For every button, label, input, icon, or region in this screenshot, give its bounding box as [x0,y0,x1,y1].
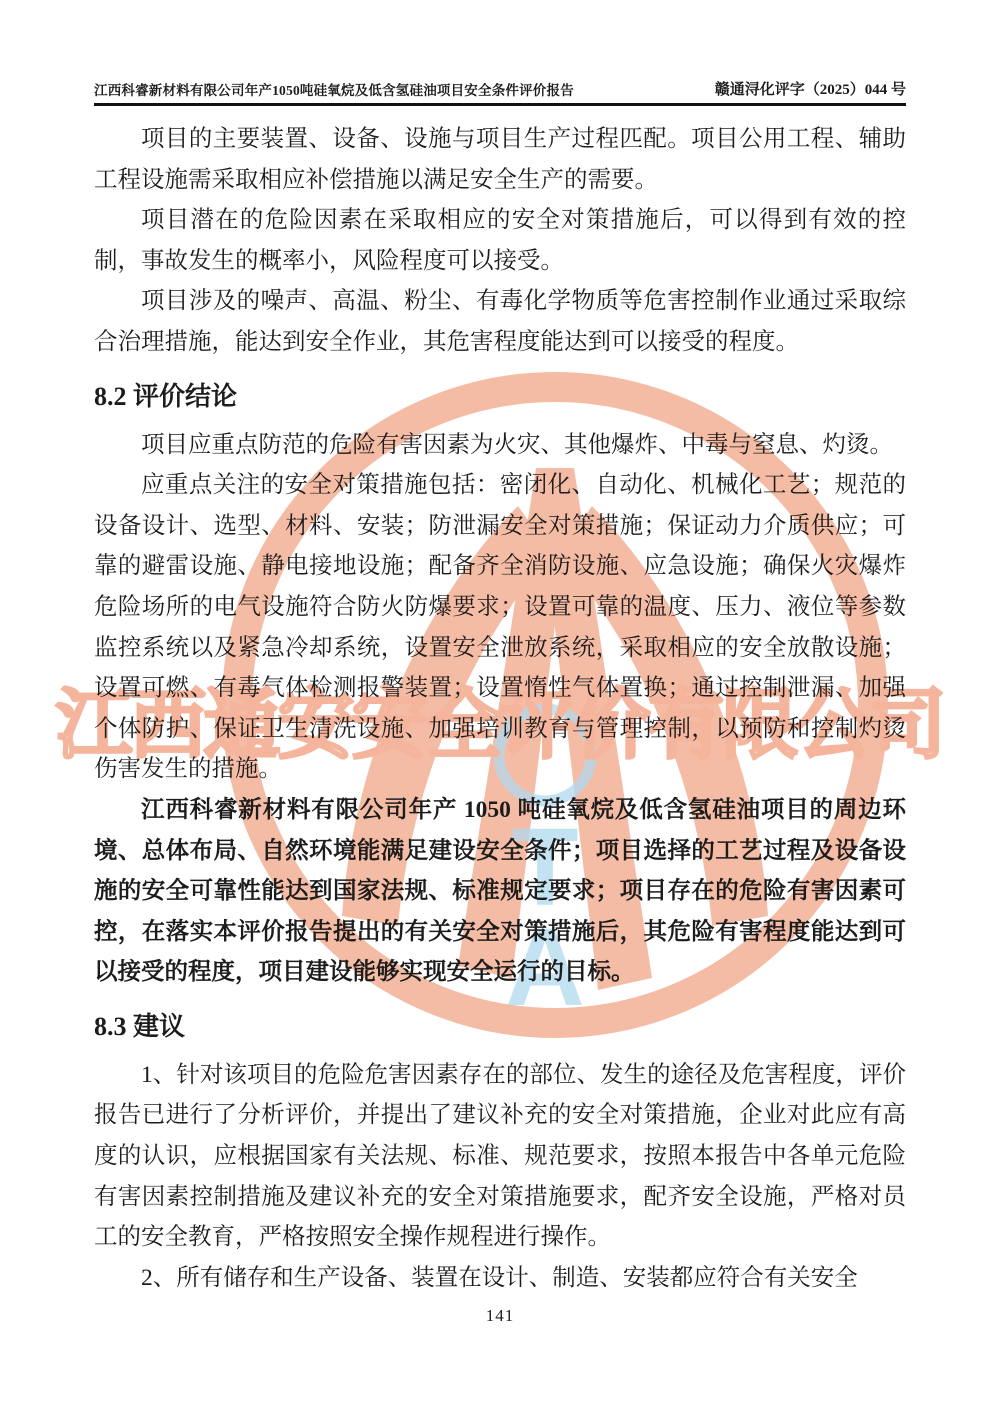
document-number: 赣通浔化评字（2025）044 号 [715,78,906,99]
paragraph-suggestion-1: 1、针对该项目的危险危害因素存在的部位、发生的途径及危害程度，评价报告已进行了分… [94,1055,906,1258]
page-content: 江西科睿新材料有限公司年产1050吨硅氧烷及低含氢硅油项目安全条件评价报告 赣通… [0,0,1000,1298]
section-heading-8-2: 8.2 评价结论 [94,377,906,417]
section-heading-8-3: 8.3 建议 [94,1007,906,1047]
paragraph-facilities-match: 项目的主要装置、设备、设施与项目生产过程匹配。项目公用工程、辅助工程设施需采取相… [94,119,906,200]
paragraph-conclusion-bold: 江西科睿新材料有限公司年产 1050 吨硅氧烷及低含氢硅油项目的周边环境、总体布… [94,790,906,993]
document-body: 项目的主要装置、设备、设施与项目生产过程匹配。项目公用工程、辅助工程设施需采取相… [94,106,906,1298]
page-number: 141 [486,1306,515,1325]
paragraph-risk-control: 项目潜在的危险因素在采取相应的安全对策措施后，可以得到有效的控制，事故发生的概率… [94,200,906,281]
paragraph-suggestion-2: 2、所有储存和生产设备、装置在设计、制造、安装都应符合有关安全 [94,1258,906,1299]
paragraph-key-hazards: 项目应重点防范的危险有害因素为火灾、其他爆炸、中毒与窒息、灼烫。 [94,425,906,466]
report-page: T A 江西通安安全评价有限公司 江西科睿新材料有限公司年产1050吨硅氧烷及低… [0,0,1000,1414]
paragraph-safety-measures: 应重点关注的安全对策措施包括：密闭化、自动化、机械化工艺；规范的设备设计、选型、… [94,465,906,790]
report-title-header: 江西科睿新材料有限公司年产1050吨硅氧烷及低含氢硅油项目安全条件评价报告 [94,79,574,99]
paragraph-hazard-treatment: 项目涉及的噪声、高温、粉尘、有毒化学物质等危害控制作业通过采取综合治理措施，能达… [94,281,906,362]
page-header: 江西科睿新材料有限公司年产1050吨硅氧烷及低含氢硅油项目安全条件评价报告 赣通… [94,78,906,106]
page-footer: 141 [0,1306,1000,1326]
